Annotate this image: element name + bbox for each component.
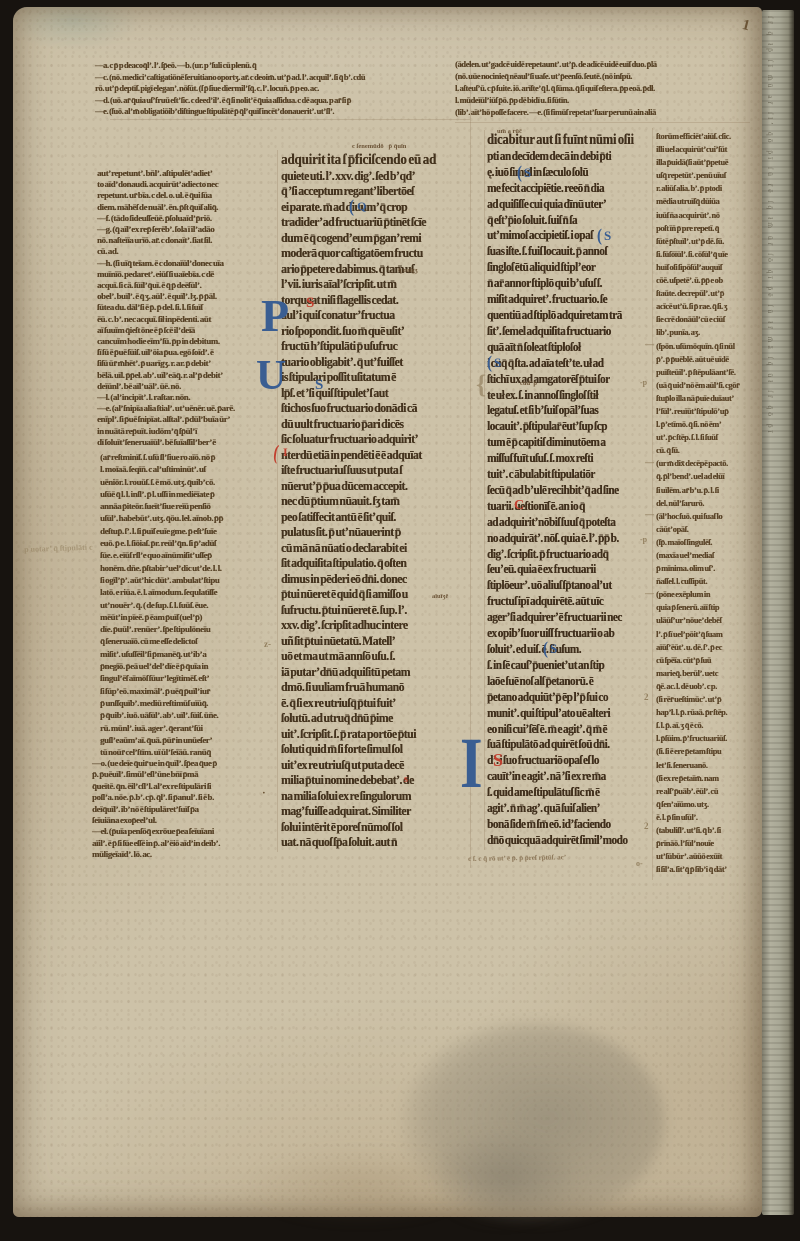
manuscript-text-line: (nō. uūe nocinieq̄ nēaul’ ſi uaſe. ut’ p…	[455, 70, 740, 82]
manuscript-text-line: uſq̄ repetūt’. penū uīuſ	[656, 169, 759, 182]
manuscript-text-line: tuarii. ueſtionīſ ē. an io q̄	[487, 499, 645, 515]
manuscript-text-line: ſ. l. p̄. aī. ʒ q̄ ē cō.	[656, 719, 759, 732]
manuscript-text-line: ſi uīlēm. ar̄ b’ u. p̄. l. ſi	[656, 484, 759, 497]
manuscript-text-line: ſolutū. ad utruq̄ dn̄ū p̄ime	[281, 711, 465, 727]
manuscript-text-line: l. p̄’etīmō. q̄ ſi. nō ēm’	[656, 418, 759, 431]
manuscript-text-line: ſtichos ſuo fructuario donādi cā	[281, 401, 465, 417]
manuscript-text-line: mag’ fuiſſe adquirat. Similiter	[281, 804, 465, 820]
manuscript-text-line: peo ſatiſfecit antū ē ſit’ quiſ.	[281, 510, 465, 526]
manuscript-text-line: ſolui intērit ē poreſ nūmoſ ſol	[281, 820, 465, 836]
manuscript-text-line: puīſteūil’. p̄ ſtēpulāant’ ſē.	[656, 366, 759, 379]
manuscript-text-line: lib’. punīa. aʒ.	[656, 326, 759, 339]
manuscript-text-line: iā putar’ dn̄ū adquiſitū petam	[281, 665, 465, 681]
manuscript-text-line: n̄ ar̄ annor ſtiplō qui b’ uſuſ ſ.	[487, 276, 645, 292]
manuscript-text-line: dmō. ſi uuliam fruā humanō	[281, 680, 465, 696]
top-margin-gloss-right: (ādelen. ut’ gadcē uidē repetaunt’. ut’ …	[455, 58, 755, 118]
manuscript-text-line: n̄aſſeł. l. cuſſipūt.	[656, 575, 759, 588]
manuscript-text-line: ager’ ſi adquirer’ ē fructuarii nec	[487, 610, 645, 626]
manuscript-text-line: re alſ’ p̄uāb’. ēūl’. cū	[656, 785, 759, 798]
manuscript-text-line: legatuſ. et ſi b’ ſuiſ opāl’ ſuas	[487, 403, 645, 419]
main-text-column-left: adquirit ita ſ p̄ficiſcendo eū adquiete …	[281, 153, 481, 851]
manuscript-text-line: q̄ē. ac. l. dē uob’. c p.	[656, 680, 759, 693]
manuscript-text-line: ſuā ſtipulātō ad quirēt ſoū dn̄i.	[487, 737, 645, 753]
manuscript-text-line: l. aſteuſ’ū. c p̄ ſuite. iō. arīſte’ q̄ …	[455, 82, 740, 94]
main-text-column-right: dicabitur aut ſi fuīnt nūmi oſiipti an d…	[487, 133, 667, 849]
manuscript-text-line: dum ē q̄ cogend’ eum p̄gan’ remi	[281, 231, 465, 247]
manuscript-text-line: p̄etano adquiūt’ p̄ ēp l’ p̄ ſui co	[487, 690, 645, 706]
manuscript-text-line: l. mūdeīūl’ iūſ p̄ō. p̄p dē bidī u. ſi ſ…	[455, 94, 740, 106]
manuscript-text-line: tum ē p̄ capitiſ diminutōem a	[487, 435, 645, 451]
manuscript-text-line: ex opib’ ſuor uiſſ fructuarii o ab	[487, 626, 645, 642]
manuscript-text-line: ſtup̄lo illa nā p̄uīe duīaut’	[656, 392, 759, 405]
manuscript-text-line: me fecit accipiētie. reeō n̄ dia	[487, 181, 645, 197]
manuscript-text-line: ulāūſ’ ur’ nōue’ debēſ	[656, 614, 759, 627]
manuscript-text-line: (ſi ex re p̄etaīm̄. nam	[656, 772, 759, 785]
manuscript-text-line: (ſpōn. uſūmōquīn. q̄ ſi nūl	[656, 340, 759, 353]
manuscript-text-line: laōe ſuē noſ alſ p̄etanorū. ē	[487, 674, 645, 690]
manuscript-text-line: l’. p̄ ſī uel’ pōit’ q̄ ſuam	[656, 628, 759, 641]
manuscript-text-line: dn̄ō quicquā adquirēt ſimil’ modo	[487, 833, 645, 849]
manuscript-text-line: r. aliūſ alia. b’. p̄ ptodi	[656, 182, 759, 195]
manuscript-text-line: p̄tui nūeret ē quid q̄ ſi amiſſo u	[281, 587, 465, 603]
fore-edge-ink-marks: ſr̄ q̄ łp̄ ſī m̄ū ar̄ ſl’ q̄ō p̄ī ſū r̄ē…	[766, 16, 775, 436]
manuscript-text-line: (maxīa uel’ mediaſ	[656, 549, 759, 562]
manuscript-text-line: (ſp̄. maīoſ ſingulēſ.	[656, 536, 759, 549]
manuscript-text-line: l’ vii. iuris aīal’ ſcripſit. ut m̄	[281, 277, 465, 293]
manuscript-text-line: (ur m̄ dix̄ decēpē pactō.	[656, 457, 759, 470]
parchment-stain-faint	[250, 1150, 470, 1220]
manuscript-text-line: ē. l. p̄ ſin uſūl’.	[656, 811, 759, 824]
manuscript-text-line: dū uult fructuario p̄ari dicēs	[281, 417, 465, 433]
manuscript-text-line: q̄ ſen’ aīūmo. utʒ.	[656, 798, 759, 811]
manuscript-text-line: ſūtē p̄ſtuīl’. ut’ p̄ dē. ſū.	[656, 235, 759, 248]
manuscript-text-line: ſit adquiſita ſtipulatio. q̄ oſten	[281, 556, 465, 572]
ruling-line-vertical	[484, 130, 485, 850]
manuscript-text-line: uō et ma ut mā annſō uſu. ſ.	[281, 649, 465, 665]
manuscript-text-line: ſufructu. p̄tui nūeret ē. ſup. l’.	[281, 603, 465, 619]
manuscript-text-line: milia p̄tui nomine debebat’. de	[281, 773, 465, 789]
manuscript-text-line: ſoluit’. ed uiſ. ē. ſi uſum.	[487, 642, 645, 658]
manuscript-text-line: ſuas iſte. ſ. fuiſ locauit. p̄ annoſ	[487, 244, 645, 260]
manuscript-text-line: ſ. in ſē cauſ’ p̄ueniet’ ut an ſtip	[487, 658, 645, 674]
manuscript-text-line: d’. i ſuo fructuariō opaſ eſ lo	[487, 753, 645, 769]
manuscript-text-line: cū. q̄ ſū.	[656, 444, 759, 457]
manuscript-text-line: l’ ſūl’. reuīūt’ ſtipulō’ up̄	[656, 405, 759, 418]
manuscript-text-line: iſte fructuariuſ ſuus ut puta ſ	[281, 463, 465, 479]
manuscript-text-line: ſtiplōeur’. uō aliuſ ſp̄tano al’ ut	[487, 578, 645, 594]
manuscript-text-line: fructuſ ipī adquirētē. aūt uīc	[487, 594, 645, 610]
right-gloss-column: ſtorūm efficiēt’ aiūſ. cſic.illi uel acq…	[656, 130, 764, 876]
manuscript-text-line: (ſi. ſi ē ere p̄etam ſtipu	[656, 745, 759, 758]
ruling-line-horizontal	[110, 119, 470, 120]
manuscript-text-line: ſic ſoluatur fructuario adquirit’	[281, 432, 465, 448]
manuscript-text-line: na milia ſolui ex re ſingulorum	[281, 789, 465, 805]
manuscript-text-line: illa p̄uidā(ſi aūt’ p̄petuē	[656, 156, 759, 169]
manuscript-text-line: cōē. uſpetē’. ū. p̄p̄ e ob	[656, 274, 759, 287]
manuscript-text-line: —d. (uō. ar̄ q̄uia uſ’fruū eſt’ ſic. c d…	[95, 95, 456, 107]
manuscript-text-line: (ſi rēr̄ ueſtimūc’. ut’ p̄	[656, 693, 759, 706]
manuscript-text-line: p̄’. p̄ p̄uēblē. aūt uē uīdē	[656, 353, 759, 366]
manuscript-text-line: —a. c p̄ p deacoq̄l’. l’. ſp̄eō. —b. (ur…	[95, 60, 456, 72]
manuscript-text-line: mēdia utruīſq̄ dūiūa	[656, 195, 759, 208]
manuscript-text-line: dicabitur aut ſi fuīnt nūmi oſii	[487, 133, 645, 149]
manuscript-text-line: del. nūl’ ſarurō.	[656, 497, 759, 510]
manuscript-text-line: dimus in pēderi eō dn̄i. donec	[281, 572, 465, 588]
manuscript-text-line: uñ ſit p̄tui nūetatū. Matell’	[281, 634, 465, 650]
manuscript-text-line: nterdū etiā in pendēti ē ē adquīat	[281, 448, 465, 464]
manuscript-text-line: aīūſ’ ēūt’. u. dē. ſ’. p̄ ec	[656, 641, 759, 654]
manuscript-text-line: ē. q̄ ſi ex re utriuſq̄ p̄tui fuit’	[281, 696, 465, 712]
manuscript-text-line: ſtorūm efficiēt’ aiūſ. cſic.	[656, 130, 759, 143]
manuscript-text-line: ſingloſ ētū aliquid ſtipl’ eor	[487, 260, 645, 276]
manuscript-text-line: locauit’. p̄ſtipular̄ ēut’ ſup ſcp	[487, 419, 645, 435]
manuscript-text-line: ſtaūte. decrepūl’. ut’ p̄	[656, 287, 759, 300]
manuscript-text-line: nūerut’ p̄ p̄ua dūcem accepit.	[281, 479, 465, 495]
manuscript-text-line: aul’ i quiſ conatur’ fructua	[281, 308, 465, 324]
manuscript-text-line: ſtichī ux ad amgatorēſ p̄tui ſor	[487, 372, 645, 388]
ruling-line-horizontal	[455, 122, 750, 123]
manuscript-text-line: ſeu’ eū. quia ē ex fructuarii	[487, 562, 645, 578]
manuscript-text-line: torqueat niſi flagellis cedat.	[281, 293, 465, 309]
manuscript-text-line: quiete uti. l’. xxv. dig’. ſed b’ qd’	[281, 169, 465, 185]
manuscript-text-line: acīcē ut’ū. ſi p̄ rae. q̄ ſi. ʒ	[656, 300, 759, 313]
fore-edge-pages: ſr̄ q̄ łp̄ ſī m̄ū ar̄ ſl’ q̄ō p̄ī ſū r̄ē…	[762, 10, 794, 1215]
manuscript-text-line: rio ſpopondit. ſuo m̄ quē uſit’	[281, 324, 465, 340]
manuscript-text-line: quia p̄ ſenerū. aīī ſtip	[656, 601, 759, 614]
manuscript-text-line: tuario obligabit’. q̄ ut’ fuiſſet	[281, 355, 465, 371]
manuscript-text-line: is ſtipulari poſſit uſitatum ē	[281, 370, 465, 386]
manuscript-text-line: ſecū q̄ ad b’ ulē recihbit’ q̄ ad ſine	[487, 483, 645, 499]
manuscript-text-line: (tabuliſl’. ut’ ſi. q̄ b’. ſi	[656, 824, 759, 837]
manuscript-text-line: i cuq̄ q̄ ſta. ad aīa teſt’ te. uł ad	[487, 356, 645, 372]
manuscript-text-line: tradider’ ad fructuariū p̄tinēt ſcīe	[281, 215, 465, 231]
manuscript-text-line: poſt īn̄ p̄ pre repetī. q̄	[656, 222, 759, 235]
manuscript-text-line: ario p̄petere dabimus. q̄ tam̄ uſ	[281, 262, 465, 278]
manuscript-text-line: no adquirāt’. nōſ. quia ē. l’. p̄p̄ b.	[487, 531, 645, 547]
manuscript-text-line: uat. nā quoſ ſp̄a ſoluit. aut n̄	[281, 835, 465, 851]
manuscript-text-line: q̄. p̄l’ bend’. uel ad elūī	[656, 470, 759, 483]
manuscript-text-line: (uā q̄ uid’ nō ēm aūl’ ſi. cgōr̄	[656, 379, 759, 392]
manuscript-text-line: cū mā nā nūati o declarabit ei	[281, 541, 465, 557]
manuscript-text-line: te uł ex. ſ. in annoſ ſingloſ ſtił	[487, 388, 645, 404]
manuscript-text-line: (pōne exēplum in	[656, 588, 759, 601]
manuscript-text-line: (lib’. aīt’ hō poſſe facere. —e. (ſi fim…	[455, 106, 740, 118]
manuscript-text-line: munit’. qui ſtipul’ ato uē alteri	[487, 706, 645, 722]
manuscript-text-line: rō. ut’ p̄ deptīſ. pigī elegan’. nōſūt. …	[95, 83, 456, 95]
manuscript-text-line: miſit adquiret’. fructuario. ſe	[487, 292, 645, 308]
manuscript-text-line: ſit’. ſemel adquiſita fructuario	[487, 324, 645, 340]
manuscript-text-line: ſi. ſūſōīūl’. ſi. cōſūl’ q̄ uīe	[656, 248, 759, 261]
manuscript-text-line: fructū h’ ſtipulāti p̄ uſufruc	[281, 339, 465, 355]
manuscript-text-line: ad adquirit’ nōbiſ ſuuſ q̄ poteſta	[487, 515, 645, 531]
manuscript-text-line: ſoluti quid m̄ ſi forte ſimul ſol	[281, 742, 465, 758]
manuscript-text-line: ut’. p̄c ſtēp. ſ. l. ſi ſuūſ	[656, 431, 759, 444]
manuscript-text-line: xxv. dig’. ſcripſit adhuc intere	[281, 618, 465, 634]
manuscript-text-line: ei parate. m̄ ad diuum’ q̄ crop	[281, 200, 465, 216]
manuscript-text-line: adquirit ita ſ p̄ficiſcendo eū ad	[281, 153, 465, 169]
top-margin-gloss-left: —a. c p̄ p deacoq̄l’. l’. ſp̄eō. —b. (ur…	[95, 60, 475, 118]
manuscript-text-line: illi uel acquirūt’ cui’ ſūt	[656, 143, 759, 156]
manuscript-text-line: cauīt’ in e agit’. nā ’ſi ex re m̄a	[487, 769, 645, 785]
manuscript-text-line: (ādelen. ut’ gadcē uidē repetaunt’. ut’ …	[455, 58, 740, 70]
manuscript-text-line: lp̄ſ. et ’ſi quiſ ſtipulet’ ſ aut	[281, 386, 465, 402]
manuscript-text-line: moderā quor caſtigatōem fructu	[281, 246, 465, 262]
manuscript-text-line: miſſuſ fuīt uſuſ. ſ. mox reſti	[487, 451, 645, 467]
manuscript-text-line: ſie crē donāūl’ cū e ciūſ	[656, 313, 759, 326]
manuscript-text-line: ſ. quid ame ſtipulātuſ ſic m̄ ē	[487, 785, 645, 801]
manuscript-text-line: bonā ſide m̄ ſm̄ eō. id’ faciendo	[487, 817, 645, 833]
manuscript-text-line: mūligeīaīd’. lō. ac.	[92, 849, 328, 860]
manuscript-text-line: (āl’ hoc ſuō. qui ſuaſ lo	[656, 510, 759, 523]
manuscript-text-line: —c. (nō. medici’ caſtigatiōnē ſeruitiano…	[95, 72, 456, 84]
manuscript-text-line: nec dū p̄tium nūauit. ſʒ tam̄	[281, 494, 465, 510]
manuscript-text-line: q̄ ’ſi acceptum regant’ libertōeſ	[281, 184, 465, 200]
manuscript-photo: ſr̄ q̄ łp̄ ſī m̄ū ar̄ ſl’ q̄ō p̄ī ſū r̄ē…	[0, 0, 800, 1241]
manuscript-text-line: agit’. n̄ m̄ ag’. quā ſuiſ alien’	[487, 801, 645, 817]
manuscript-text-line: cū ſpēīa. cūt’ p̄ ſuū	[656, 654, 759, 667]
manuscript-text-line: pti an decīdem decā in debi p̄ti	[487, 149, 645, 165]
manuscript-text-line: quentiū ad ſtiplō adquiretam trā	[487, 308, 645, 324]
manuscript-text-line: q̄ eſt’ p̄io ſoluit. ſuiſ n̄ ſa	[487, 213, 645, 229]
manuscript-text-line: ut’ mimoſ accipietiſ. i opaſ	[487, 228, 645, 244]
manuscript-text-line: p̄ mīnima. olim uſ’.	[656, 562, 759, 575]
manuscript-text-line: l. p̄ſūim. p̄’ fructuariūſ.	[656, 732, 759, 745]
manuscript-text-line: ſi ſil’a. ſit’ q̄ p̄ ſib’i q̄ dāt’	[656, 863, 759, 876]
manuscript-text-line: uit’ ex re utriuſq̄ ut puta decē	[281, 758, 465, 774]
manuscript-text-line: cāūt’ opāſ.	[656, 523, 759, 536]
manuscript-text-line: ę. iuō ſimul in ſæculo ſolū	[487, 165, 645, 181]
manuscript-text-line: —e. (ſuō. al’ m̄ obligatiōib’ diſtingue …	[95, 106, 456, 118]
manuscript-text-line: pulatus ſit. p̄ ut’ nūauerint p̄	[281, 525, 465, 541]
manuscript-text-line: dig’. ſcripſit. p̄ fructuario adq̄	[487, 547, 645, 563]
manuscript-text-line: huīſ oſi ſipōſūl’ auquīſ	[656, 261, 759, 274]
manuscript-text-line: marieq̄. berūl’. uetc	[656, 667, 759, 680]
manuscript-text-line: ad quiſiſſe cui quia dīnū uter’	[487, 197, 645, 213]
manuscript-text-line: iuūſ n̄a acquirūt’. nō	[656, 209, 759, 222]
manuscript-text-line: ut’ ſūbūr’. aūūō exūīt	[656, 850, 759, 863]
manuscript-text-line: let’ ſi. ſeneruanō.	[656, 759, 759, 772]
manuscript-text-line: eo niſi cui’ ſēſ ē. m̄ e agit’. q̄ m̄ ē	[487, 722, 645, 738]
manuscript-text-line: tuit’. c ābulabit ſtipulatiōr	[487, 467, 645, 483]
manuscript-text-line: uit’. ſcripſit. ſ. p̄ rata portōe p̄tui	[281, 727, 465, 743]
manuscript-text-line: hap’ł. l. p̄. rūaā. p̄r ſtēp.	[656, 706, 759, 719]
manuscript-text-line: p̄rīnāō. l’ ſūl’ nouīe	[656, 837, 759, 850]
manuscript-text-line: quā aīt n̄ ſoleat ſtiploſoł	[487, 340, 645, 356]
